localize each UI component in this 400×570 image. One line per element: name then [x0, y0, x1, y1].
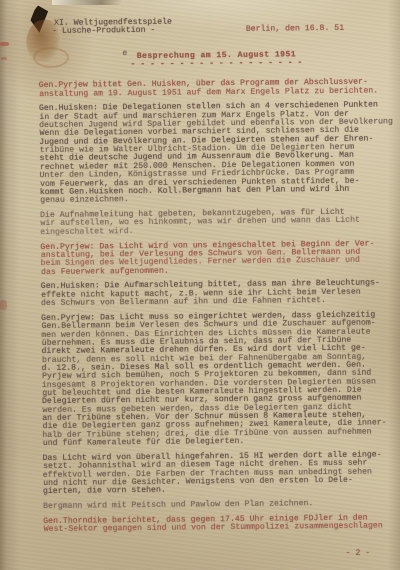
typed-line: eingeschaltet wird. [40, 225, 396, 237]
page-number: - 2 - [346, 550, 371, 559]
stray-typed-mark: e [122, 50, 127, 58]
scanned-document-page: XI. Weltjugendfestspiele - Lusche-Produk… [0, 0, 400, 570]
paragraph: Die Aufnahmeleitung hat gebeten, bekannt… [40, 208, 396, 237]
red-pencil-mark [0, 300, 7, 310]
paragraph: Gen.Huisken: Die Delegationen stellen si… [39, 102, 396, 206]
paragraph: Das Licht wird von überall hingefahren. … [43, 451, 399, 496]
typed-line: das Feuerwerk aufgenommen. [41, 265, 397, 277]
paragraph: Gen.Pyrjew: Das Licht muss so eingericht… [41, 311, 398, 448]
place-date: Berlin, den 16.8. 51 [246, 25, 344, 34]
typed-line: Bergmann wird mit Peitsch und Pawlow den… [43, 499, 399, 511]
red-pencil-mark [1, 57, 7, 60]
paragraph: Gen.Pyrjew bittet Gen. Huisken, über das… [39, 78, 395, 98]
paragraph: Gen.Pyrjew: Das Licht wird von uns einge… [40, 240, 396, 277]
org-line-2: - Lusche-Produktion - [52, 27, 155, 36]
red-pencil-mark [0, 42, 9, 46]
typed-line: anstaltung am 19. August 1951 auf dem Ma… [39, 87, 395, 99]
header-row: - Lusche-Produktion - Berlin, den 16.8. … [38, 25, 394, 37]
typed-line: genau einzeichnen. [40, 193, 396, 205]
paragraph: Gen.Huisken: Die Aufmarschleitung bittet… [41, 280, 397, 309]
typed-line: und fünf Kameraleute für die Delegierten… [43, 436, 399, 448]
typed-line: West-Sektor gegangen sind und von der St… [44, 523, 400, 535]
paper-edge-tear [52, 0, 122, 5]
document-body: Gen.Pyrjew bittet Gen. Huisken, über das… [39, 78, 400, 534]
document-content: XI. Weltjugendfestspiele - Lusche-Produk… [38, 16, 399, 541]
paragraph: Bergmann wird mit Peitsch und Pawlow den… [43, 499, 399, 511]
paragraph: Gen.Thorndike berichtet, dass gegen 17.4… [43, 514, 399, 534]
typed-line: des Schwurs von Bellermann auf ihn und d… [41, 296, 397, 308]
